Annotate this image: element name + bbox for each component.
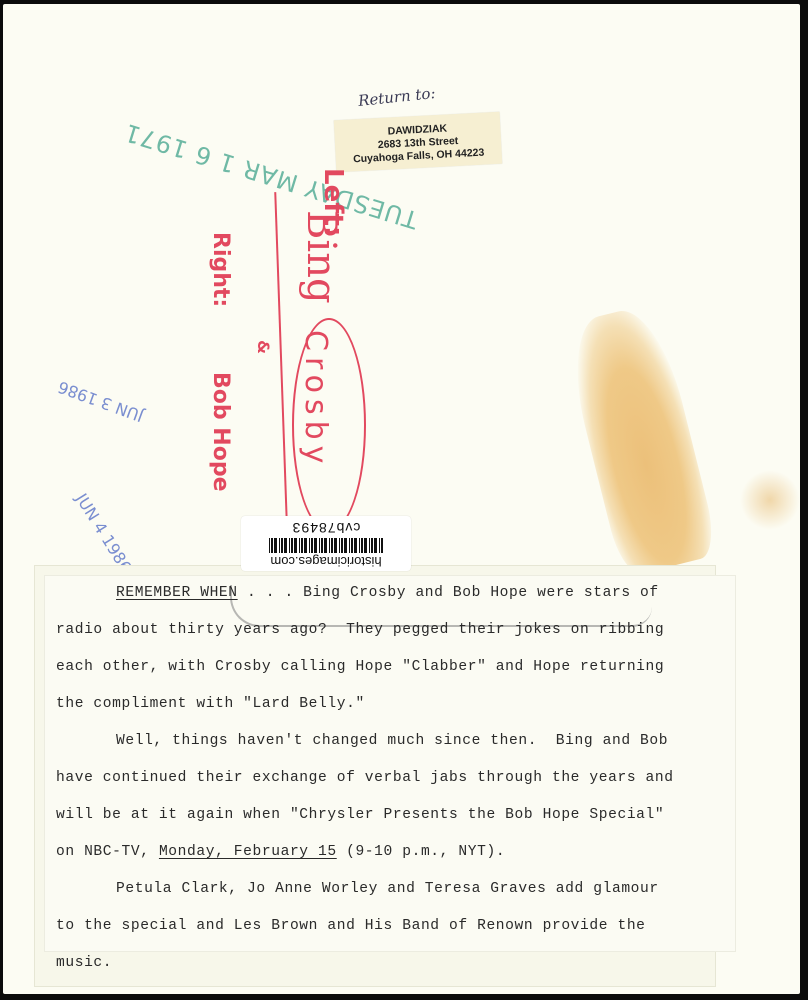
barcode-id: cvb78493 <box>241 520 411 536</box>
annotation-ampersand: & <box>254 340 273 354</box>
air-date: Monday, February 15 <box>159 844 337 860</box>
caption-text: REMEMBER WHEN . . . Bing Crosby and Bob … <box>56 575 736 982</box>
caption-line-6: have continued their exchange of verbal … <box>56 760 736 797</box>
annotation-crosby: Crosby <box>298 330 333 469</box>
caption-line-3: each other, with Crosby calling Hope "Cl… <box>56 649 736 686</box>
annotation-right-tag: Right: <box>208 232 233 307</box>
barcode-icon <box>269 538 383 553</box>
caption-line-5: Well, things haven't changed much since … <box>56 723 736 760</box>
caption-line-7: will be at it again when "Chrysler Prese… <box>56 797 736 834</box>
caption-heading: REMEMBER WHEN <box>116 585 238 601</box>
annotation-bing: Bing <box>298 210 344 304</box>
caption-line-9: Petula Clark, Jo Anne Worley and Teresa … <box>56 871 736 908</box>
barcode-label: historicimages.com cvb78493 <box>241 516 411 571</box>
address-label: DAWIDZIAK 2683 13th Street Cuyahoga Fall… <box>334 112 502 173</box>
caption-line-10: to the special and Les Brown and His Ban… <box>56 908 736 945</box>
caption-line-2: radio about thirty years ago? They pegge… <box>56 612 736 649</box>
caption-line-4: the compliment with "Lard Belly." <box>56 686 736 723</box>
caption-line-11: music. <box>56 945 736 982</box>
barcode-site: historicimages.com <box>241 554 411 569</box>
edge-stain <box>740 470 800 530</box>
annotation-bob-hope: Bob Hope <box>208 372 233 492</box>
caption-line-1: REMEMBER WHEN . . . Bing Crosby and Bob … <box>56 575 736 612</box>
caption-line-8: on NBC-TV, Monday, February 15 (9-10 p.m… <box>56 834 736 871</box>
